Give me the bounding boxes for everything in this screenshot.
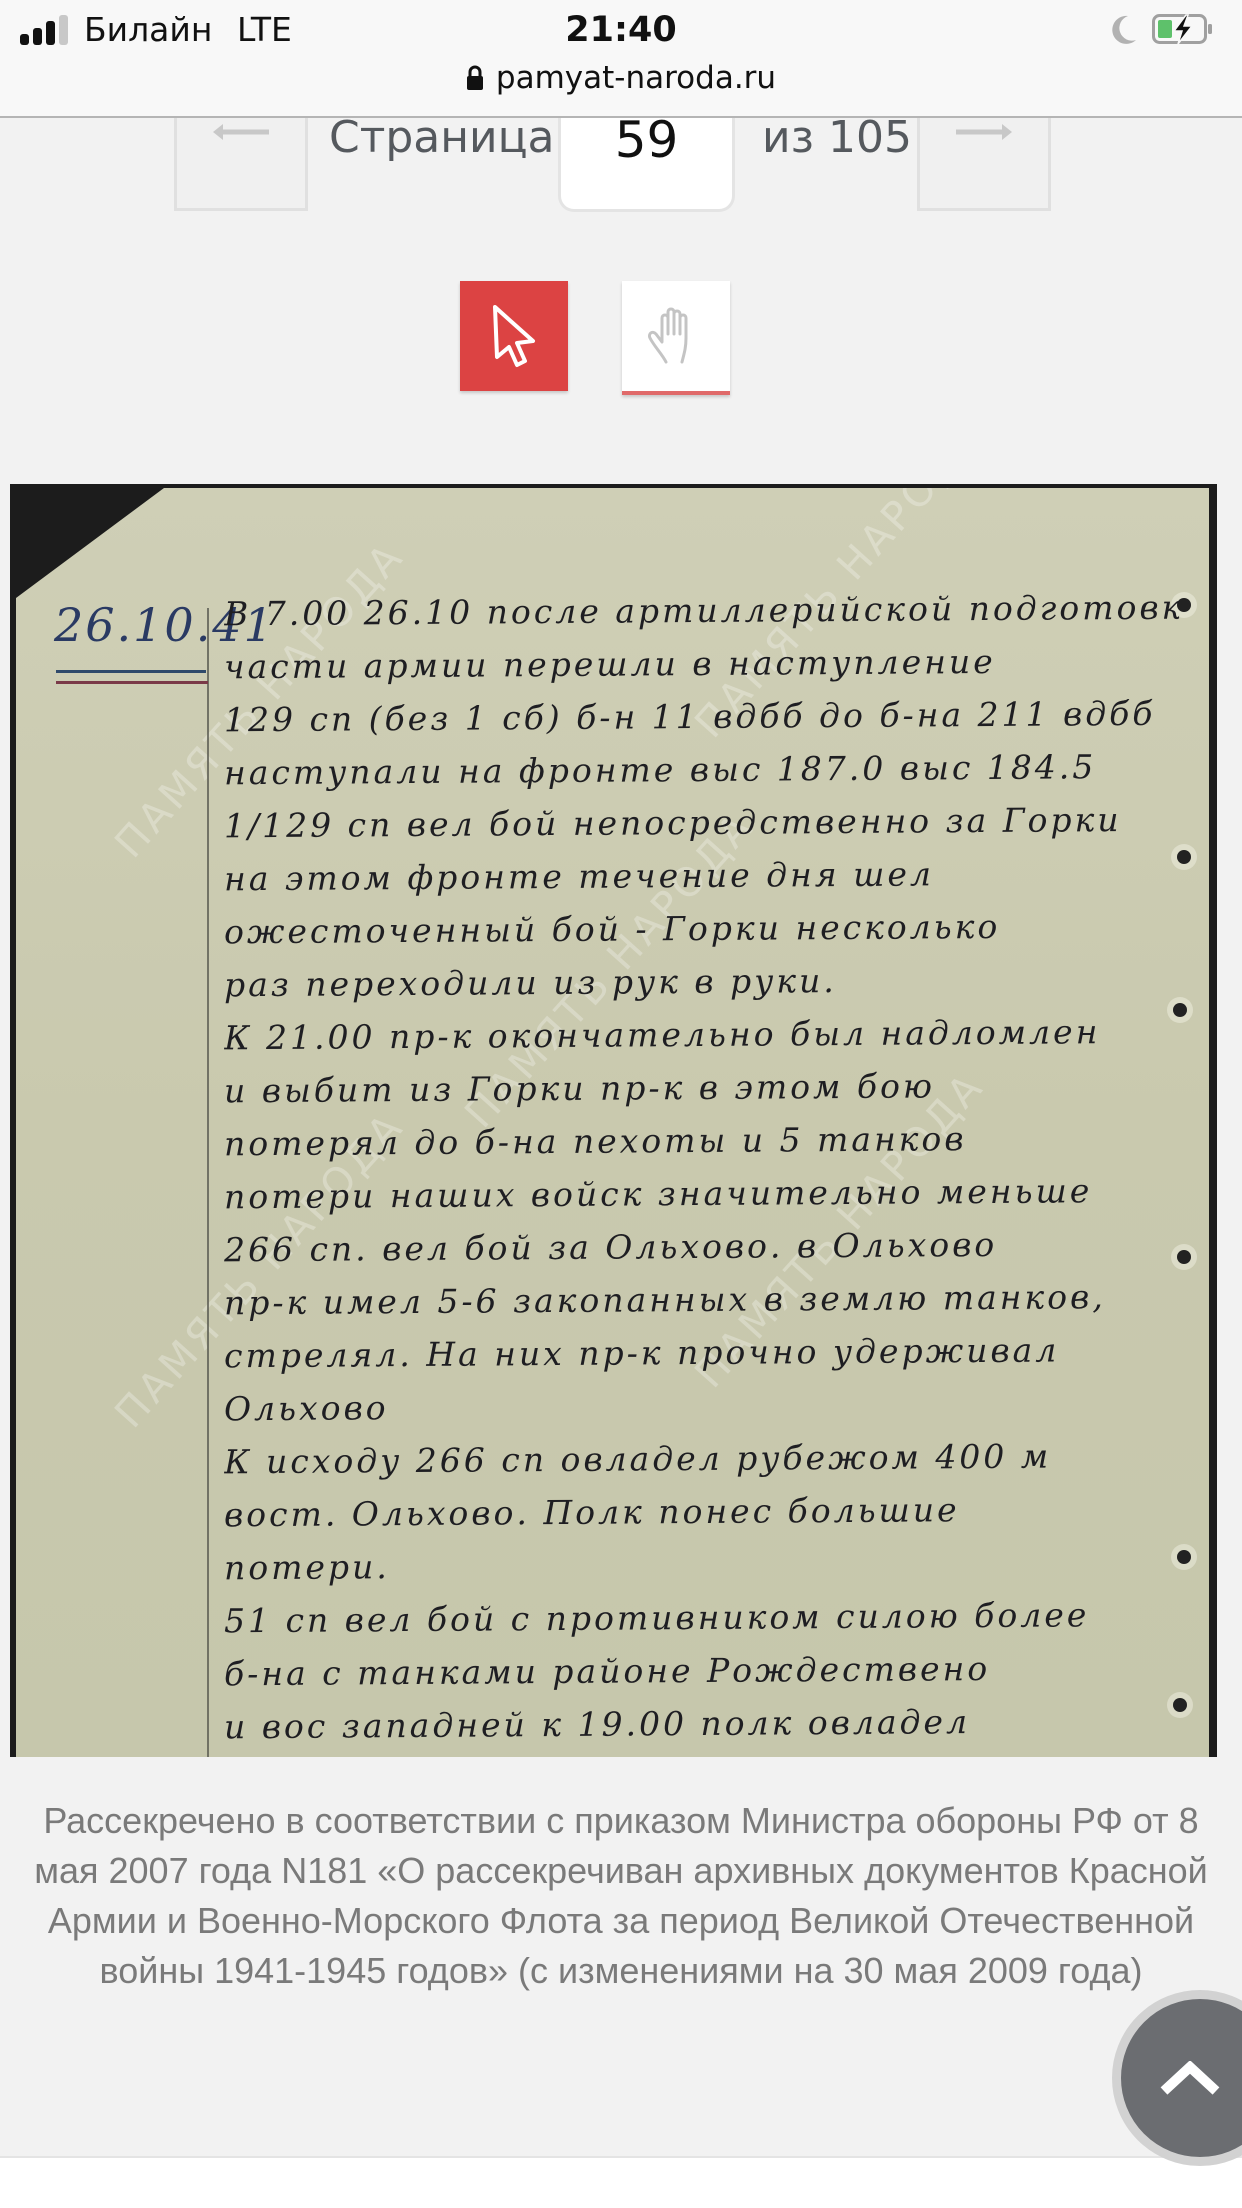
lock-icon [466,65,484,91]
footer-area [0,2158,1242,2208]
hand-tool-button[interactable] [622,281,730,395]
moon-icon [1108,14,1138,46]
status-time: 21:40 [0,8,1242,52]
punch-hole [1177,598,1191,612]
date-underline [56,681,208,684]
hand-pan-icon [646,304,706,368]
browser-top-bar: Билайн LTE 21:40 pamyat-naroda.ru [0,0,1242,118]
cursor-arrow-icon [489,303,539,369]
arrow-right-icon [954,122,1014,142]
battery-charging-icon [1152,14,1214,44]
margin-line [207,608,209,1757]
punch-hole [1177,1550,1191,1564]
scroll-to-top-button[interactable] [1112,1990,1242,2166]
declassification-caption: Рассекречено в соответствии с приказом М… [20,1796,1222,1996]
handwritten-text: В 7.00 26.10 после артиллерийской подгот… [224,584,1179,1757]
document-viewer[interactable]: ПАМЯТЬ НАРОДА ПАМЯТЬ НАРОДА ПАМЯТЬ НАРОД… [10,484,1217,1757]
document-page: ПАМЯТЬ НАРОДА ПАМЯТЬ НАРОДА ПАМЯТЬ НАРОД… [16,488,1209,1757]
date-underline [56,670,206,673]
pointer-tool-button[interactable] [460,281,568,391]
chevron-up-icon [1160,2061,1220,2095]
arrow-left-icon [211,122,271,142]
url-text: pamyat-naroda.ru [496,58,776,98]
address-bar[interactable]: pamyat-naroda.ru [0,58,1242,102]
punch-hole [1177,850,1191,864]
